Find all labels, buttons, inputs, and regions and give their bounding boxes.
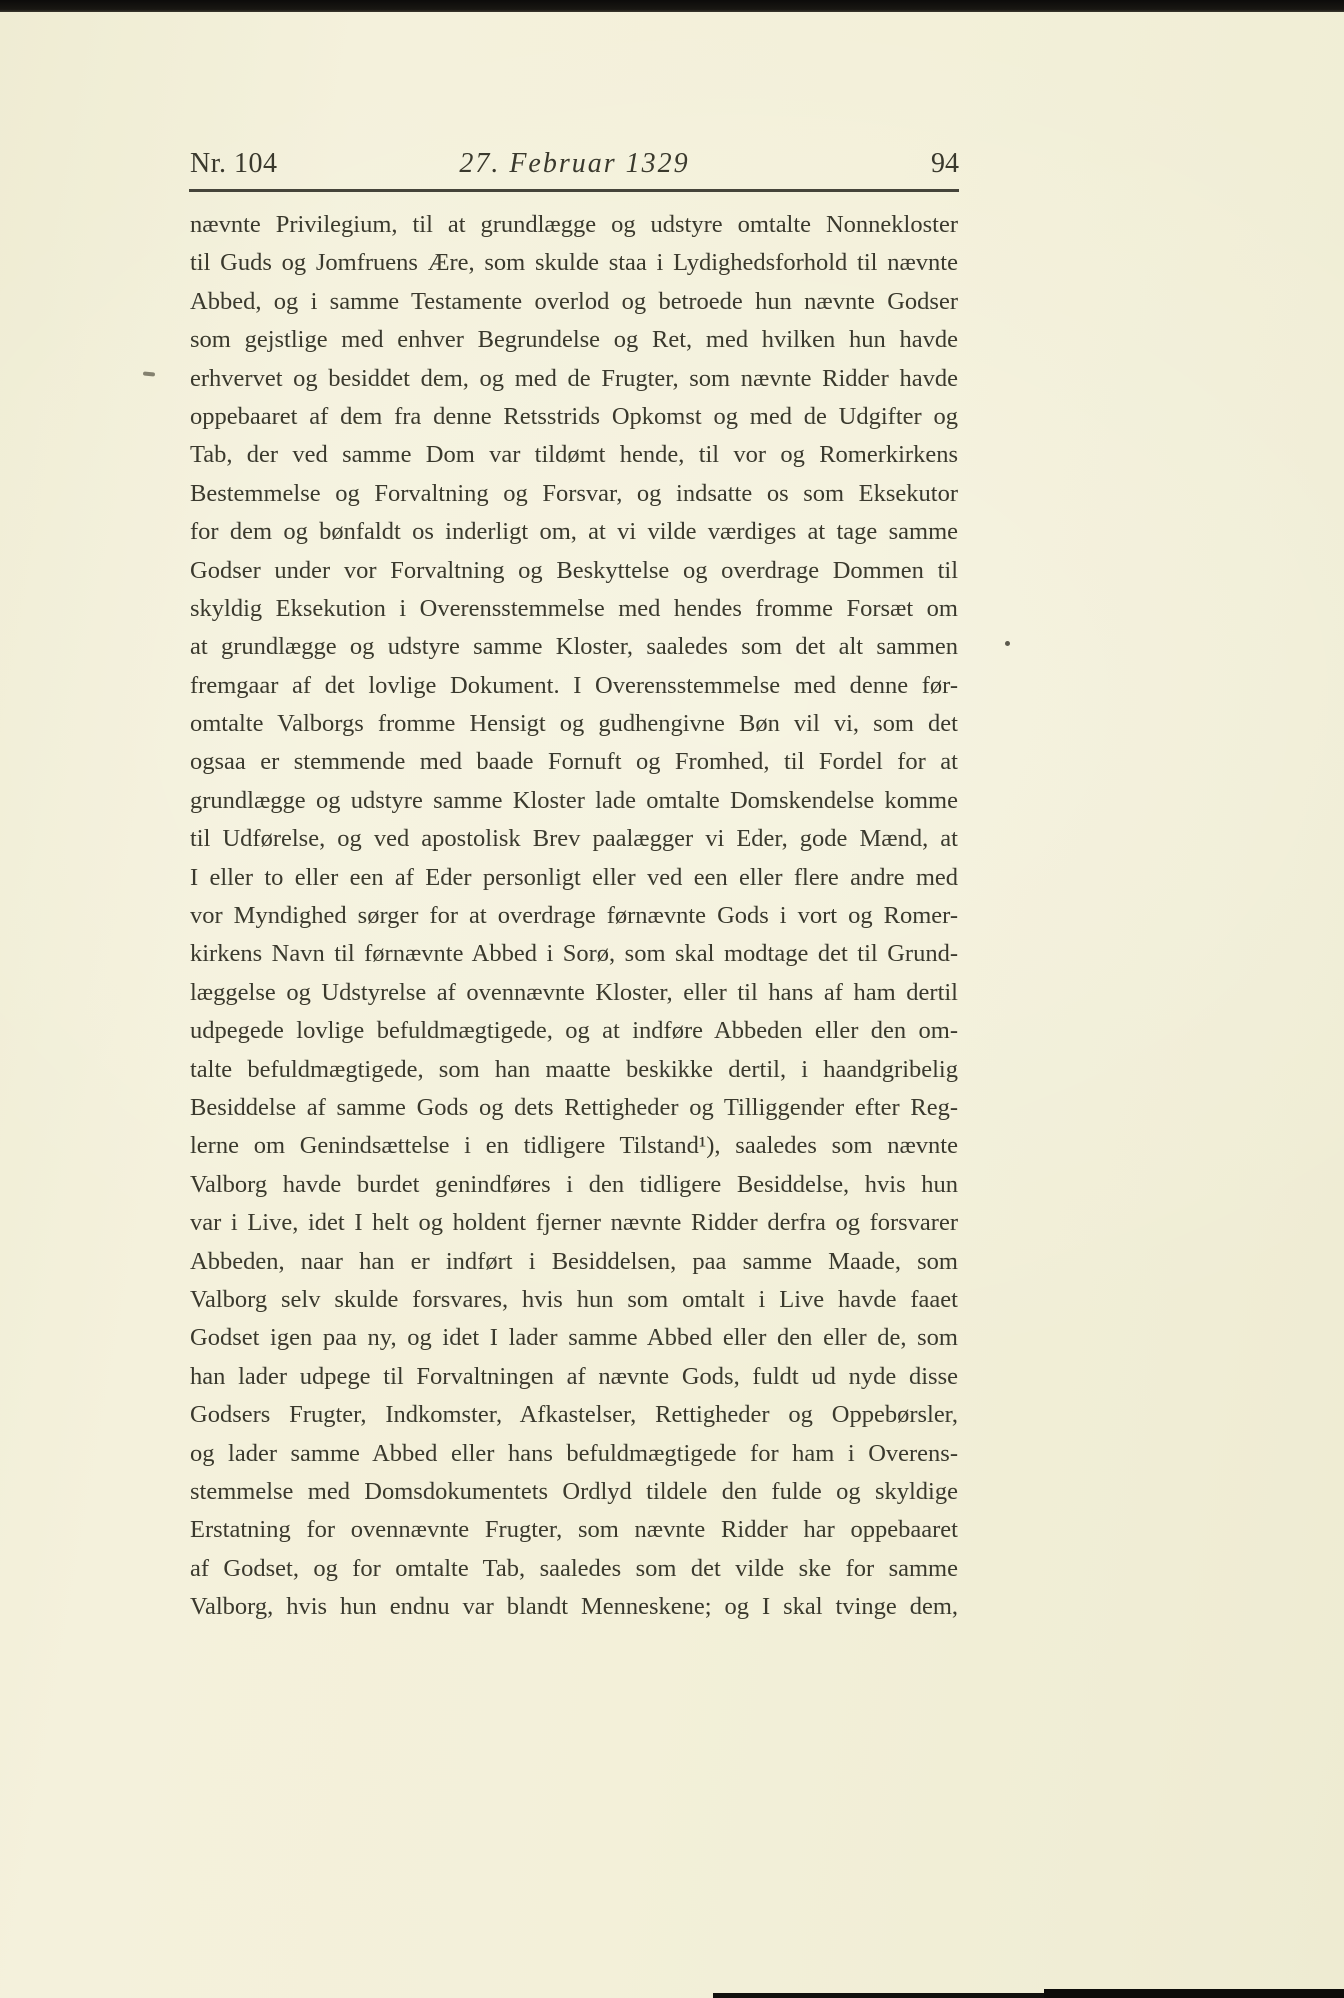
text-line: Abbeden, naar han er indført i Besiddels… bbox=[190, 1243, 958, 1281]
text-line: erhvervet og besiddet dem, og med de Fru… bbox=[190, 360, 958, 398]
text-line: nævnte Privilegium, til at grundlægge og… bbox=[190, 206, 958, 244]
text-line: Valborg, hvis hun endnu var blandt Menne… bbox=[190, 1588, 958, 1626]
text-line: Besiddelse af samme Gods og dets Rettigh… bbox=[190, 1089, 958, 1127]
text-line: Bestemmelse og Forvaltning og Forsvar, o… bbox=[190, 475, 958, 513]
text-line: Godser under vor Forvaltning og Beskytte… bbox=[190, 552, 958, 590]
text-line: lerne om Genindsættelse i en tidligere T… bbox=[190, 1127, 958, 1165]
text-line: talte befuldmægtigede, som han maatte be… bbox=[190, 1051, 958, 1089]
text-line: at grundlægge og udstyre samme Kloster, … bbox=[190, 628, 958, 666]
text-line: Valborg selv skulde forsvares, hvis hun … bbox=[190, 1281, 958, 1319]
scan-edge-top-bar bbox=[0, 0, 1344, 12]
date-title: 27. Februar 1329 bbox=[390, 148, 759, 180]
body-text: nævnte Privilegium, til at grundlægge og… bbox=[190, 206, 958, 1626]
header-rule bbox=[189, 189, 959, 192]
text-line: vor Myndighed sørger for at overdrage fø… bbox=[190, 897, 958, 935]
text-line: til Udførelse, og ved apostolisk Brev pa… bbox=[190, 820, 958, 858]
text-line: Godsers Frugter, Indkomster, Afkastelser… bbox=[190, 1396, 958, 1434]
scan-artifact-dash bbox=[143, 371, 155, 376]
text-line: til Guds og Jomfruens Ære, som skulde st… bbox=[190, 244, 958, 282]
text-line: grundlægge og udstyre samme Kloster lade… bbox=[190, 782, 958, 820]
text-line: ogsaa er stemmende med baade Fornuft og … bbox=[190, 743, 958, 781]
text-line: som gejstlige med enhver Begrundelse og … bbox=[190, 321, 958, 359]
text-line: Abbed, og i samme Testamente overlod og … bbox=[190, 283, 958, 321]
page-number: 94 bbox=[759, 148, 959, 180]
text-line: læggelse og Udstyrelse af ovennævnte Klo… bbox=[190, 974, 958, 1012]
text-line: udpegede lovlige befuldmægtigede, og at … bbox=[190, 1012, 958, 1050]
text-line: Tab, der ved samme Dom var tildømt hende… bbox=[190, 436, 958, 474]
scan-edge-bottom-corner bbox=[1044, 1989, 1344, 1998]
text-line: omtalte Valborgs fromme Hensigt og gudhe… bbox=[190, 705, 958, 743]
text-line: af Godset, og for omtalte Tab, saaledes … bbox=[190, 1550, 958, 1588]
text-line: fremgaar af det lovlige Dokument. I Over… bbox=[190, 667, 958, 705]
page-header: Nr. 104 27. Februar 1329 94 bbox=[190, 148, 959, 186]
text-line: Erstatning for ovennævnte Frugter, som n… bbox=[190, 1511, 958, 1549]
scanned-page: Nr. 104 27. Februar 1329 94 nævnte Privi… bbox=[0, 0, 1344, 1998]
document-number: Nr. 104 bbox=[190, 148, 390, 180]
text-line: I eller to eller een af Eder personligt … bbox=[190, 859, 958, 897]
text-line: han lader udpege til Forvaltningen af næ… bbox=[190, 1358, 958, 1396]
scan-artifact-dot bbox=[1005, 641, 1010, 646]
text-line: Valborg havde burdet genindføres i den t… bbox=[190, 1166, 958, 1204]
text-line: oppebaaret af dem fra denne Retsstrids O… bbox=[190, 398, 958, 436]
text-line: Godset igen paa ny, og idet I lader samm… bbox=[190, 1319, 958, 1357]
text-line: var i Live, idet I helt og holdent fjern… bbox=[190, 1204, 958, 1242]
text-line: og lader samme Abbed eller hans befuldmæ… bbox=[190, 1435, 958, 1473]
text-line: kirkens Navn til førnævnte Abbed i Sorø,… bbox=[190, 935, 958, 973]
text-line: stemmelse med Domsdokumentets Ordlyd til… bbox=[190, 1473, 958, 1511]
text-line: skyldig Eksekution i Overensstemmelse me… bbox=[190, 590, 958, 628]
text-line: for dem og bønfaldt os inderligt om, at … bbox=[190, 513, 958, 551]
